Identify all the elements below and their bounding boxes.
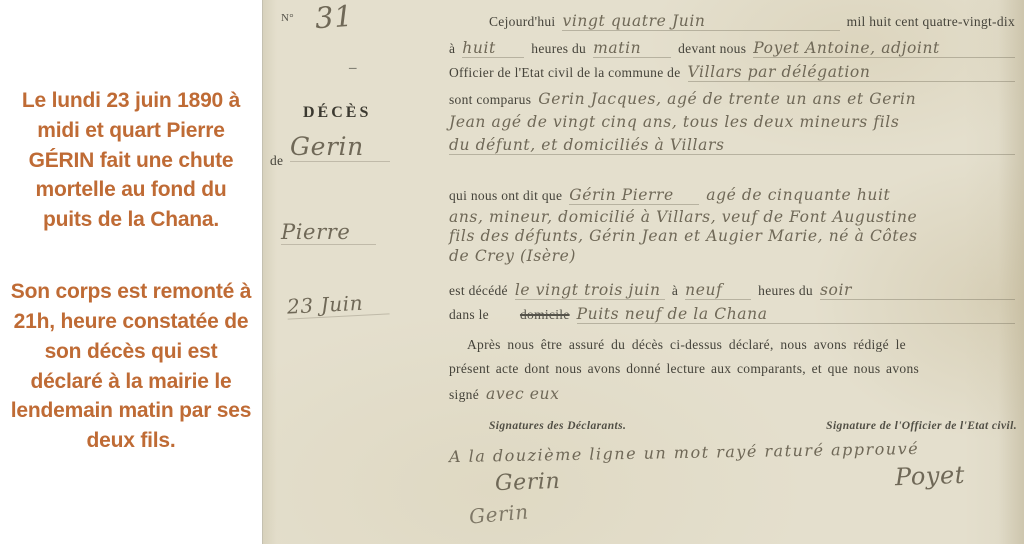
struck-word-domicile: domicile	[520, 307, 570, 323]
officier-signature-label: Signature de l'Officier de l'Etat civil.	[826, 420, 1017, 432]
printed-text: signé	[449, 387, 479, 403]
handwritten-deceased-details: ans, mineur, domicilié à Villars, veuf d…	[449, 208, 1015, 226]
handwritten-deceased-parents: fils des défunts, Gérin Jean et Augier M…	[449, 227, 1015, 245]
declarant-signature-1: Gerin	[495, 469, 561, 496]
act-number-value: 31	[314, 0, 354, 35]
printed-text: présent acte dont nous avons donné lectu…	[449, 361, 919, 377]
annotation-paragraph-1: Le lundi 23 juin 1890 à midi et quart Pi…	[10, 86, 252, 235]
margin-de-label: de	[270, 153, 283, 169]
handwritten-commune: Villars par délégation	[688, 63, 1015, 82]
handwritten-death-period: soir	[820, 281, 1015, 300]
body-line-1: Cejourd'hui vingt quatre Juin mil huit c…	[449, 12, 1015, 31]
printed-text: devant nous	[678, 41, 746, 57]
body-line-11: est décédé le vingt trois juin à neuf he…	[449, 281, 1015, 300]
handwritten-officer-name: Poyet Antoine, adjoint	[753, 39, 1015, 58]
body-line-8: ans, mineur, domicilié à Villars, veuf d…	[449, 208, 1015, 226]
printed-text: heures du	[758, 283, 813, 299]
printed-text: à	[672, 283, 678, 299]
closing-line-1: Après nous être assuré du décès ci-dessu…	[449, 337, 1015, 353]
correction-note-line: A la douzième ligne un mot rayé raturé a…	[449, 443, 1015, 462]
printed-year: mil huit cent quatre-vingt-dix	[847, 14, 1015, 30]
printed-text: à	[449, 41, 455, 57]
closing-line-3: signé avec eux	[449, 385, 1015, 403]
margin-dash: –	[349, 60, 357, 77]
handwritten-period: matin	[593, 39, 671, 58]
annotation-panel: Le lundi 23 juin 1890 à midi et quart Pi…	[0, 0, 262, 544]
body-line-4: sont comparus Gerin Jacques, agé de tren…	[449, 90, 1015, 108]
handwritten-death-date: le vingt trois juin	[515, 281, 665, 300]
closing-line-2: présent acte dont nous avons donné lectu…	[449, 361, 1015, 377]
printed-text: Cejourd'hui	[489, 14, 555, 30]
body-line-5: Jean agé de vingt cinq ans, tous les deu…	[449, 113, 1015, 131]
margin-firstname: Pierre	[281, 220, 376, 245]
printed-text: est décédé	[449, 283, 508, 299]
officier-signature: Poyet	[895, 461, 966, 491]
handwritten-avec-eux: avec eux	[486, 385, 559, 403]
death-register-scan: N° 31 – DÉCÈS de Gerin Pierre 23 Juin Ce…	[262, 0, 1024, 544]
margin-date: 23 Juin	[286, 289, 389, 319]
handwritten-death-hour: neuf	[685, 281, 751, 300]
printed-text: Officier de l'Etat civil de la commune d…	[449, 65, 681, 81]
handwritten-birthplace: de Crey (Isère)	[449, 247, 576, 265]
annotation-paragraph-2: Son corps est remonté à 21h, heure const…	[10, 277, 252, 456]
handwritten-date: vingt quatre Juin	[562, 12, 839, 31]
handwritten-deceased-name: Gérin Pierre	[569, 186, 699, 205]
handwritten-death-place: Puits neuf de la Chana	[577, 305, 1015, 324]
body-line-7: qui nous ont dit que Gérin Pierre agé de…	[449, 186, 1015, 205]
act-type-heading: DÉCÈS	[303, 104, 371, 122]
body-line-2: à huit heures du matin devant nous Poyet…	[449, 39, 1015, 58]
body-line-6: du défunt, et domiciliés à Villars	[449, 136, 1015, 155]
handwritten-declarant-1: Gerin Jacques, agé de trente un ans et G…	[538, 90, 1015, 108]
signature-labels-row: Signatures des Déclarants. Signature de …	[489, 420, 1017, 432]
act-number-label: N°	[281, 12, 294, 24]
body-line-9: fils des défunts, Gérin Jean et Augier M…	[449, 227, 1015, 245]
printed-text: Après nous être assuré du décès ci-dessu…	[467, 337, 906, 353]
handwritten-declarant-2: Jean agé de vingt cinq ans, tous les deu…	[449, 113, 1015, 131]
printed-text: dans le	[449, 307, 489, 323]
handwritten-hour: huit	[462, 39, 524, 58]
body-line-3: Officier de l'Etat civil de la commune d…	[449, 63, 1015, 82]
margin-surname: Gerin	[290, 132, 390, 162]
declarants-signature-label: Signatures des Déclarants.	[489, 420, 626, 432]
body-line-10: de Crey (Isère)	[449, 247, 1015, 265]
handwritten-domicile: du défunt, et domiciliés à Villars	[449, 136, 1015, 155]
handwritten-deceased-age: agé de cinquante huit	[706, 186, 1015, 204]
body-line-12: dans le domicile Puits neuf de la Chana	[449, 305, 1015, 324]
printed-text: qui nous ont dit que	[449, 188, 562, 204]
printed-text: sont comparus	[449, 92, 531, 108]
declarant-signature-2: Gerin	[468, 499, 530, 528]
printed-text: heures du	[531, 41, 586, 57]
screenshot-root: Le lundi 23 juin 1890 à midi et quart Pi…	[0, 0, 1024, 544]
handwritten-correction-note: A la douzième ligne un mot rayé raturé a…	[449, 439, 919, 466]
